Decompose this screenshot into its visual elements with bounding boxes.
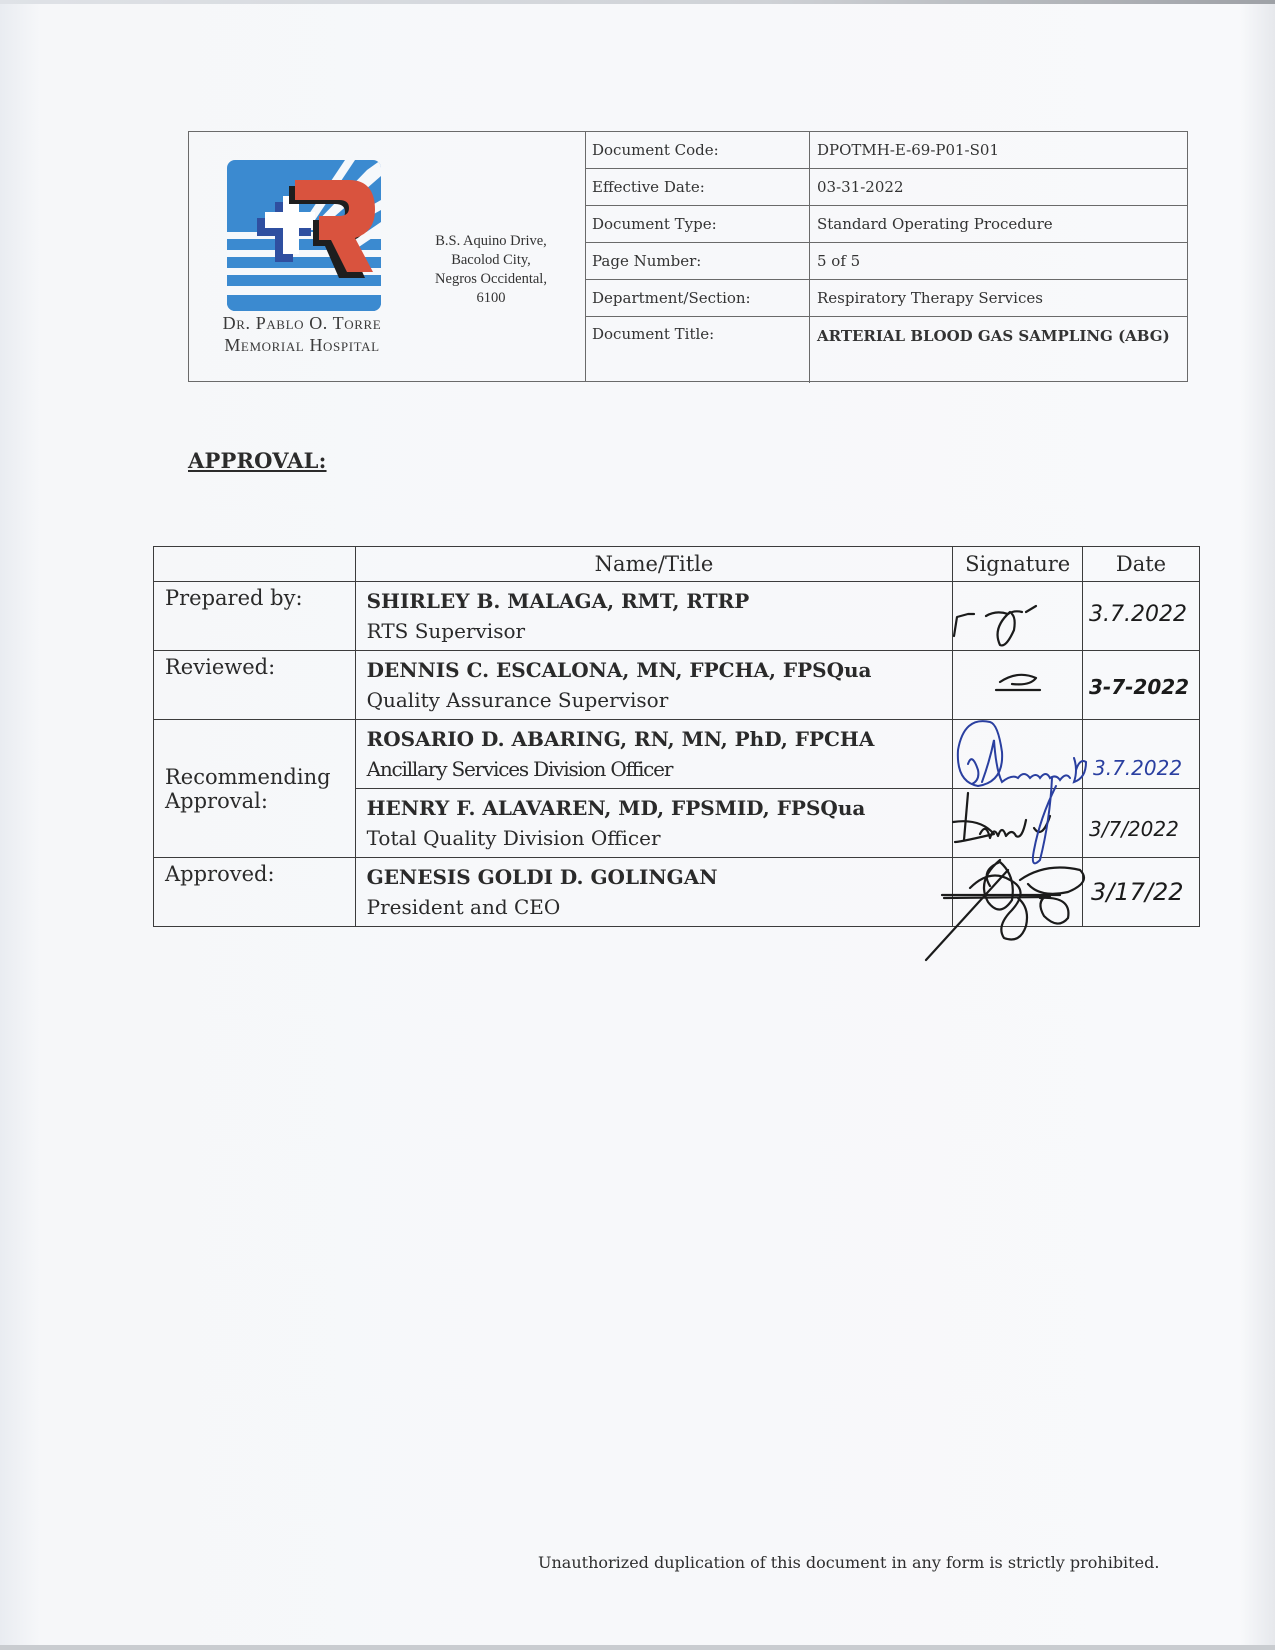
- signature-cell: [953, 582, 1083, 651]
- handwritten-date: 3/7/2022: [1089, 817, 1179, 841]
- info-label: Page Number:: [585, 243, 810, 280]
- duplication-notice: Unauthorized duplication of this documen…: [538, 1553, 1159, 1572]
- info-row-page-number: Page Number: 5 of 5: [585, 243, 1187, 280]
- address-line: Bacolod City,: [421, 251, 561, 270]
- info-row-effective-date: Effective Date: 03-31-2022: [585, 169, 1187, 206]
- info-label: Effective Date:: [585, 169, 810, 206]
- date-cell: 3.7.2022: [1083, 582, 1200, 651]
- address-line: 6100: [421, 289, 561, 308]
- document-type-value: Standard Operating Procedure: [810, 206, 1188, 243]
- document-info-table: Document Code: DPOTMH-E-69-P01-S01 Effec…: [585, 132, 1187, 383]
- address-line: Negros Occidental,: [421, 270, 561, 289]
- signatory-name: SHIRLEY B. MALAGA, RMT, RTRP: [367, 586, 953, 616]
- info-label: Document Type:: [585, 206, 810, 243]
- signature-cell: [953, 858, 1083, 927]
- signatory-title: Total Quality Division Officer: [367, 823, 953, 853]
- signatory-title: Quality Assurance Supervisor: [367, 685, 953, 715]
- signatory-name: HENRY F. ALAVAREN, MD, FPSMID, FPSQua: [367, 793, 953, 823]
- role-label: Reviewed:: [154, 651, 356, 720]
- document-header: Dr. Pablo O. Torre Memorial Hospital B.S…: [188, 131, 1188, 382]
- signature-cell: [953, 789, 1083, 858]
- signatory-name: DENNIS C. ESCALONA, MN, FPCHA, FPSQua: [367, 655, 953, 685]
- column-header-role: [154, 547, 356, 582]
- approval-row-recommending-1: RecommendingApproval: ROSARIO D. ABARING…: [154, 720, 1200, 789]
- page-bottom-edge: [0, 1645, 1275, 1650]
- department-value: Respiratory Therapy Services: [810, 280, 1188, 317]
- signatory-title: Ancillary Services Division Officer: [367, 754, 953, 784]
- address-line: B.S. Aquino Drive,: [421, 232, 561, 251]
- approval-row-approved: Approved: GENESIS GOLDI D. GOLINGAN Pres…: [154, 858, 1200, 927]
- name-title-cell: HENRY F. ALAVAREN, MD, FPSMID, FPSQua To…: [355, 789, 953, 858]
- signatory-name: GENESIS GOLDI D. GOLINGAN: [367, 862, 953, 892]
- column-header-signature: Signature: [953, 547, 1083, 582]
- role-label: Prepared by:: [154, 582, 356, 651]
- signature-cell: [953, 651, 1083, 720]
- effective-date-value: 03-31-2022: [810, 169, 1188, 206]
- hospital-name-line2: Memorial Hospital: [197, 334, 407, 356]
- info-row-document-code: Document Code: DPOTMH-E-69-P01-S01: [585, 132, 1187, 169]
- hospital-branding: Dr. Pablo O. Torre Memorial Hospital B.S…: [189, 132, 586, 381]
- page-number-value: 5 of 5: [810, 243, 1188, 280]
- date-cell: 3/7/2022: [1083, 789, 1200, 858]
- hospital-address: B.S. Aquino Drive, Bacolod City, Negros …: [421, 232, 561, 308]
- info-label: Department/Section:: [585, 280, 810, 317]
- info-label: Document Code:: [585, 132, 810, 169]
- hospital-name-line1: Dr. Pablo O. Torre: [197, 312, 407, 334]
- date-cell: 3-7-2022: [1083, 651, 1200, 720]
- approval-table: Name/Title Signature Date Prepared by: S…: [153, 546, 1200, 927]
- handwritten-date: 3.7.2022: [1089, 602, 1187, 627]
- approval-header-row: Name/Title Signature Date: [154, 547, 1200, 582]
- handwritten-date: 3/17/22: [1091, 878, 1184, 906]
- info-row-document-title: Document Title: ARTERIAL BLOOD GAS SAMPL…: [585, 317, 1187, 384]
- handwritten-date: 3.7.2022: [1093, 756, 1182, 780]
- document-title-value: ARTERIAL BLOOD GAS SAMPLING (ABG): [810, 317, 1188, 384]
- column-header-date: Date: [1083, 547, 1200, 582]
- hospital-name: Dr. Pablo O. Torre Memorial Hospital: [197, 312, 407, 356]
- date-cell: 3/17/22: [1083, 858, 1200, 927]
- approval-row-prepared: Prepared by: SHIRLEY B. MALAGA, RMT, RTR…: [154, 582, 1200, 651]
- page-top-edge: [0, 0, 1275, 4]
- info-row-document-type: Document Type: Standard Operating Proced…: [585, 206, 1187, 243]
- hospital-logo-icon: [227, 160, 381, 311]
- date-cell: 3.7.2022: [1083, 720, 1200, 789]
- document-code-value: DPOTMH-E-69-P01-S01: [810, 132, 1188, 169]
- role-label: RecommendingApproval:: [154, 720, 356, 858]
- handwritten-date: 3-7-2022: [1089, 675, 1189, 699]
- signatory-title: RTS Supervisor: [367, 616, 953, 646]
- column-header-name-title: Name/Title: [355, 547, 953, 582]
- name-title-cell: DENNIS C. ESCALONA, MN, FPCHA, FPSQua Qu…: [355, 651, 953, 720]
- approval-heading: APPROVAL:: [188, 448, 327, 473]
- signatory-title: President and CEO: [367, 892, 953, 922]
- role-label: Approved:: [154, 858, 356, 927]
- signatory-name: ROSARIO D. ABARING, RN, MN, PhD, FPCHA: [367, 724, 953, 754]
- info-row-department: Department/Section: Respiratory Therapy …: [585, 280, 1187, 317]
- approval-row-reviewed: Reviewed: DENNIS C. ESCALONA, MN, FPCHA,…: [154, 651, 1200, 720]
- name-title-cell: ROSARIO D. ABARING, RN, MN, PhD, FPCHA A…: [355, 720, 953, 789]
- signature-cell: [953, 720, 1083, 789]
- name-title-cell: GENESIS GOLDI D. GOLINGAN President and …: [355, 858, 953, 927]
- name-title-cell: SHIRLEY B. MALAGA, RMT, RTRP RTS Supervi…: [355, 582, 953, 651]
- info-label: Document Title:: [585, 317, 810, 384]
